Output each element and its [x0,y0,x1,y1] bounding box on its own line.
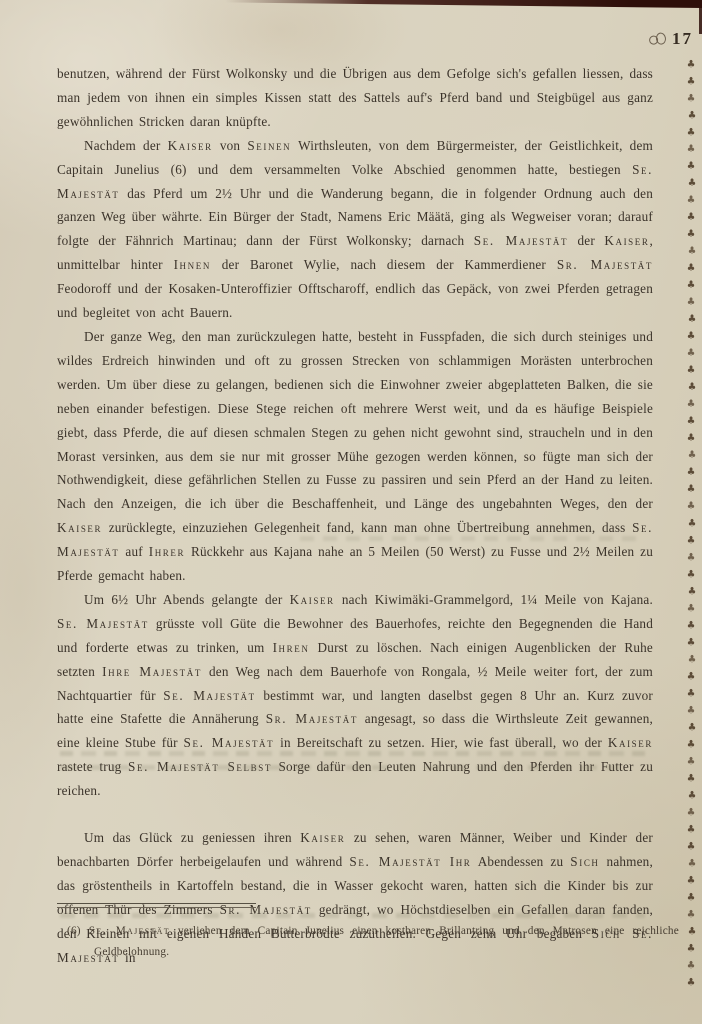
club-fleuron-icon: ♣ [682,939,700,958]
body-text: benutzen, während der Fürst Wolkonsky un… [57,62,653,970]
text-run: Um das Glück zu geniessen ihren [84,830,300,845]
club-fleuron-icon: ♣ [682,684,700,703]
text-run: in Bereitschaft zu setzen. Hier, wie fas… [274,735,608,750]
small-caps-text: Kaiser [604,233,649,248]
club-fleuron-icon: ♣ [682,55,700,74]
club-fleuron-icon: ♣ [683,922,701,941]
text-run: Abendessen zu [471,854,570,869]
club-fleuron-icon: ♣ [682,412,700,431]
small-caps-text: Kaiser [290,592,335,607]
paragraph: Um 6½ Uhr Abends gelangte der Kaiser nac… [57,588,653,803]
club-fleuron-icon: ♣ [682,361,700,380]
small-caps-text: Sich [570,854,599,869]
side-ornament-border: ♣♣♣♣♣♣♣♣♣♣♣♣♣♣♣♣♣♣♣♣♣♣♣♣♣♣♣♣♣♣♣♣♣♣♣♣♣♣♣♣… [682,56,700,991]
text-run: der [568,233,604,248]
page-number: 17 [672,29,698,49]
club-fleuron-icon: ♣ [682,599,700,618]
club-fleuron-icon: ♣ [682,327,700,346]
club-fleuron-icon: ♣ [683,174,701,193]
text-run: Der ganze Weg, den man zurückzulegen hat… [57,329,653,511]
text-run: rastete trug [57,759,128,774]
small-caps-text: Kaiser [57,520,102,535]
club-fleuron-icon: ♣ [682,72,700,91]
club-fleuron-icon: ♣ [682,463,700,482]
text-run: der Baronet Wylie, nach diesem der Kamme… [211,257,557,272]
club-fleuron-icon: ♣ [682,633,700,652]
small-caps-text: Se. Majestät Ihr [349,854,471,869]
small-caps-text: Se. Majestät [184,735,275,750]
small-caps-text: Se. Majestät [163,688,255,703]
club-fleuron-icon: ♣ [683,310,701,329]
small-caps-text: Se. Majestät [474,233,568,248]
scanned-book-page: 17 ♣♣♣♣♣♣♣♣♣♣♣♣♣♣♣♣♣♣♣♣♣♣♣♣♣♣♣♣♣♣♣♣♣♣♣♣♣… [0,0,702,1024]
club-fleuron-icon: ♣ [682,837,700,856]
club-fleuron-icon: ♣ [682,752,700,771]
club-fleuron-icon: ♣ [682,89,700,108]
club-fleuron-icon: ♣ [683,446,701,465]
club-fleuron-icon: ♣ [682,225,700,244]
small-caps-text: Se. Majestät [89,925,170,937]
club-fleuron-icon: ♣ [682,531,700,550]
club-fleuron-icon: ♣ [682,140,700,159]
club-fleuron-icon: ♣ [682,973,700,992]
club-fleuron-icon: ♣ [683,514,701,533]
footnote-text: Se. Majestät verliehen dem Capitain June… [89,925,679,958]
club-fleuron-icon: ♣ [682,667,700,686]
text-run: auf [120,544,149,559]
club-fleuron-icon: ♣ [682,480,700,499]
small-caps-text: Kaiser [608,735,653,750]
club-fleuron-icon: ♣ [682,871,700,890]
club-fleuron-icon: ♣ [683,106,701,125]
text-run: Um 6½ Uhr Abends gelangte der [84,592,290,607]
club-fleuron-icon: ♣ [682,123,700,142]
club-fleuron-icon: ♣ [682,735,700,754]
club-fleuron-icon: ♣ [682,429,700,448]
club-fleuron-icon: ♣ [682,191,700,210]
footnote: (6) Se. Majestät verliehen dem Capitain … [67,921,679,963]
club-fleuron-icon: ♣ [682,803,700,822]
small-caps-text: Ihre Majestät [102,664,202,679]
text-run: von [213,138,248,153]
club-fleuron-icon: ♣ [683,854,701,873]
small-caps-text: Kaiser [168,138,213,153]
club-fleuron-icon: ♣ [683,378,701,397]
club-fleuron-icon: ♣ [682,769,700,788]
club-fleuron-icon: ♣ [682,157,700,176]
club-fleuron-icon: ♣ [682,276,700,295]
club-fleuron-icon: ♣ [682,905,700,924]
club-fleuron-icon: ♣ [682,701,700,720]
club-fleuron-icon: ♣ [682,616,700,635]
text-run: zurücklegte, einzuziehen Gelegenheit fan… [102,520,632,535]
paragraph: Nachdem der Kaiser von Seinen Wirthsleut… [57,134,653,325]
club-fleuron-icon: ♣ [682,208,700,227]
text-run: nach Kiwimäki-Grammelgord, 1¼ Meile von … [335,592,653,607]
club-fleuron-icon: ♣ [682,395,700,414]
small-caps-text: Kaiser [300,830,345,845]
club-fleuron-icon: ♣ [682,344,700,363]
footnote-separator-rule [57,903,256,908]
small-caps-text: Se. Majestät [57,616,149,631]
club-fleuron-icon: ♣ [682,820,700,839]
text-run: Feodoroff und der Kosaken-Unteroffizier … [57,281,653,320]
small-caps-text: Ihnen [174,257,211,272]
small-caps-text: Seinen [247,138,291,153]
club-fleuron-icon: ♣ [683,582,701,601]
small-caps-text: Ihrer [149,544,185,559]
footnote-marker: (6) [67,925,89,937]
club-fleuron-icon: ♣ [682,956,700,975]
scan-edge-shadow-top [225,0,702,8]
paragraph: benutzen, während der Fürst Wolkonsky un… [57,62,653,134]
small-caps-text: Ihren [273,640,310,655]
club-fleuron-icon: ♣ [682,259,700,278]
club-fleuron-icon: ♣ [682,548,700,567]
club-fleuron-icon: ♣ [682,565,700,584]
small-caps-text: Sr. Majestät [266,711,358,726]
small-caps-text: Sr. Majestät [557,257,653,272]
paragraph: Der ganze Weg, den man zurückzulegen hat… [57,325,653,588]
club-fleuron-icon: ♣ [682,888,700,907]
text-run: benutzen, während der Fürst Wolkonsky un… [57,66,653,129]
double-ring-printer-mark-icon [648,32,667,46]
text-run: Nachdem der [84,138,168,153]
club-fleuron-icon: ♣ [682,293,700,312]
text-run: verliehen dem Capitain Junelius einen ko… [94,925,679,958]
club-fleuron-icon: ♣ [683,650,701,669]
club-fleuron-icon: ♣ [682,497,700,516]
small-caps-text: Se. Majestät Selbst [128,759,272,774]
club-fleuron-icon: ♣ [683,786,701,805]
club-fleuron-icon: ♣ [683,242,701,261]
club-fleuron-icon: ♣ [683,718,701,737]
